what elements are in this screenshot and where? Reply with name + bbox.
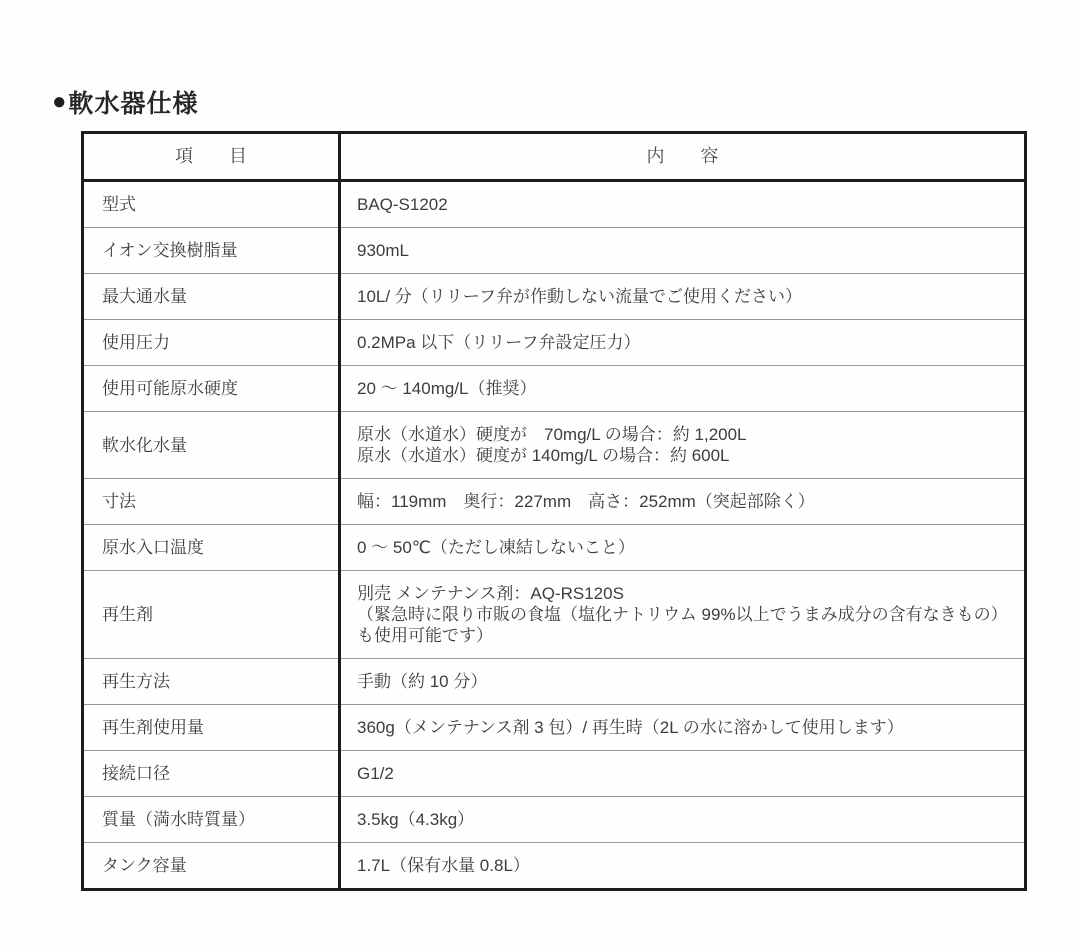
content-line: 原水（水道水）硬度が 140mg/L の場合：約 600L xyxy=(357,445,1010,466)
content-line: 360g（メンテナンス剤 3 包）/ 再生時（2L の水に溶かして使用します） xyxy=(357,717,1010,738)
table-row: 寸法幅：119mm 奥行：227mm 高さ：252mm（突起部除く） xyxy=(83,479,1026,525)
row-content-value: 幅：119mm 奥行：227mm 高さ：252mm（突起部除く） xyxy=(340,479,1026,525)
table-row: 使用圧力0.2MPa 以下（リリーフ弁設定圧力） xyxy=(83,320,1026,366)
row-content-value: BAQ-S1202 xyxy=(340,181,1026,228)
row-item-label: 質量（満水時質量） xyxy=(83,797,340,843)
row-content-value: 1.7L（保有水量 0.8L） xyxy=(340,843,1026,890)
content-line: 手動（約 10 分） xyxy=(357,671,1010,692)
table-row: 接続口径G1/2 xyxy=(83,751,1026,797)
row-content-value: G1/2 xyxy=(340,751,1026,797)
content-line: （緊急時に限り市販の食塩（塩化ナトリウム 99%以上でうまみ成分の含有なきもの） xyxy=(357,604,1010,625)
content-line: G1/2 xyxy=(357,763,1010,784)
table-row: 軟水化水量原水（水道水）硬度が 70mg/L の場合：約 1,200L原水（水道… xyxy=(83,412,1026,479)
spec-table: 項 目 内 容 型式BAQ-S1202イオン交換樹脂量930mL最大通水量10L… xyxy=(81,131,1027,891)
content-line: 0 〜 50℃（ただし凍結しないこと） xyxy=(357,537,1010,558)
row-item-label: 再生剤使用量 xyxy=(83,705,340,751)
spec-sheet-page: ● 軟水器仕様 項 目 内 容 型式BAQ-S1202イオン交換樹脂量930mL… xyxy=(0,0,1080,951)
content-line: 10L/ 分（リリーフ弁が作動しない流量でご使用ください） xyxy=(357,286,1010,307)
row-content-value: 手動（約 10 分） xyxy=(340,659,1026,705)
content-line: 原水（水道水）硬度が 70mg/L の場合：約 1,200L xyxy=(357,424,1010,445)
row-content-value: 10L/ 分（リリーフ弁が作動しない流量でご使用ください） xyxy=(340,274,1026,320)
row-item-label: 寸法 xyxy=(83,479,340,525)
row-content-value: 別売 メンテナンス剤：AQ-RS120S（緊急時に限り市販の食塩（塩化ナトリウム… xyxy=(340,571,1026,659)
row-item-label: イオン交換樹脂量 xyxy=(83,228,340,274)
row-content-value: 20 〜 140mg/L（推奨） xyxy=(340,366,1026,412)
content-line: 別売 メンテナンス剤：AQ-RS120S xyxy=(357,583,1010,604)
content-line: 0.2MPa 以下（リリーフ弁設定圧力） xyxy=(357,332,1010,353)
row-item-label: タンク容量 xyxy=(83,843,340,890)
content-line: 3.5kg（4.3kg） xyxy=(357,809,1010,830)
row-content-value: 0 〜 50℃（ただし凍結しないこと） xyxy=(340,525,1026,571)
content-line: 20 〜 140mg/L（推奨） xyxy=(357,378,1010,399)
row-item-label: 接続口径 xyxy=(83,751,340,797)
bullet-icon: ● xyxy=(52,88,68,116)
table-row: 型式BAQ-S1202 xyxy=(83,181,1026,228)
table-row: 使用可能原水硬度20 〜 140mg/L（推奨） xyxy=(83,366,1026,412)
row-content-value: 原水（水道水）硬度が 70mg/L の場合：約 1,200L原水（水道水）硬度が… xyxy=(340,412,1026,479)
row-content-value: 930mL xyxy=(340,228,1026,274)
table-row: 再生方法手動（約 10 分） xyxy=(83,659,1026,705)
content-line: も使用可能です） xyxy=(357,625,1010,646)
spec-table-head: 項 目 内 容 xyxy=(83,133,1026,181)
row-item-label: 再生方法 xyxy=(83,659,340,705)
content-line: 1.7L（保有水量 0.8L） xyxy=(357,855,1010,876)
row-item-label: 再生剤 xyxy=(83,571,340,659)
header-cell-content: 内 容 xyxy=(340,133,1026,181)
table-row: 再生剤使用量360g（メンテナンス剤 3 包）/ 再生時（2L の水に溶かして使… xyxy=(83,705,1026,751)
content-line: BAQ-S1202 xyxy=(357,194,1010,215)
row-content-value: 360g（メンテナンス剤 3 包）/ 再生時（2L の水に溶かして使用します） xyxy=(340,705,1026,751)
row-item-label: 原水入口温度 xyxy=(83,525,340,571)
table-row: 原水入口温度0 〜 50℃（ただし凍結しないこと） xyxy=(83,525,1026,571)
spec-table-body: 型式BAQ-S1202イオン交換樹脂量930mL最大通水量10L/ 分（リリーフ… xyxy=(83,181,1026,890)
table-row: 最大通水量10L/ 分（リリーフ弁が作動しない流量でご使用ください） xyxy=(83,274,1026,320)
table-row: 再生剤別売 メンテナンス剤：AQ-RS120S（緊急時に限り市販の食塩（塩化ナト… xyxy=(83,571,1026,659)
header-cell-item: 項 目 xyxy=(83,133,340,181)
section-title-text: 軟水器仕様 xyxy=(69,84,199,120)
row-item-label: 使用可能原水硬度 xyxy=(83,366,340,412)
table-header-row: 項 目 内 容 xyxy=(83,133,1026,181)
row-content-value: 3.5kg（4.3kg） xyxy=(340,797,1026,843)
table-row: 質量（満水時質量）3.5kg（4.3kg） xyxy=(83,797,1026,843)
row-item-label: 最大通水量 xyxy=(83,274,340,320)
row-item-label: 型式 xyxy=(83,181,340,228)
row-item-label: 軟水化水量 xyxy=(83,412,340,479)
row-content-value: 0.2MPa 以下（リリーフ弁設定圧力） xyxy=(340,320,1026,366)
content-line: 930mL xyxy=(357,240,1010,261)
section-title: ● 軟水器仕様 xyxy=(52,84,199,120)
table-row: タンク容量1.7L（保有水量 0.8L） xyxy=(83,843,1026,890)
content-line: 幅：119mm 奥行：227mm 高さ：252mm（突起部除く） xyxy=(357,491,1010,512)
table-row: イオン交換樹脂量930mL xyxy=(83,228,1026,274)
row-item-label: 使用圧力 xyxy=(83,320,340,366)
